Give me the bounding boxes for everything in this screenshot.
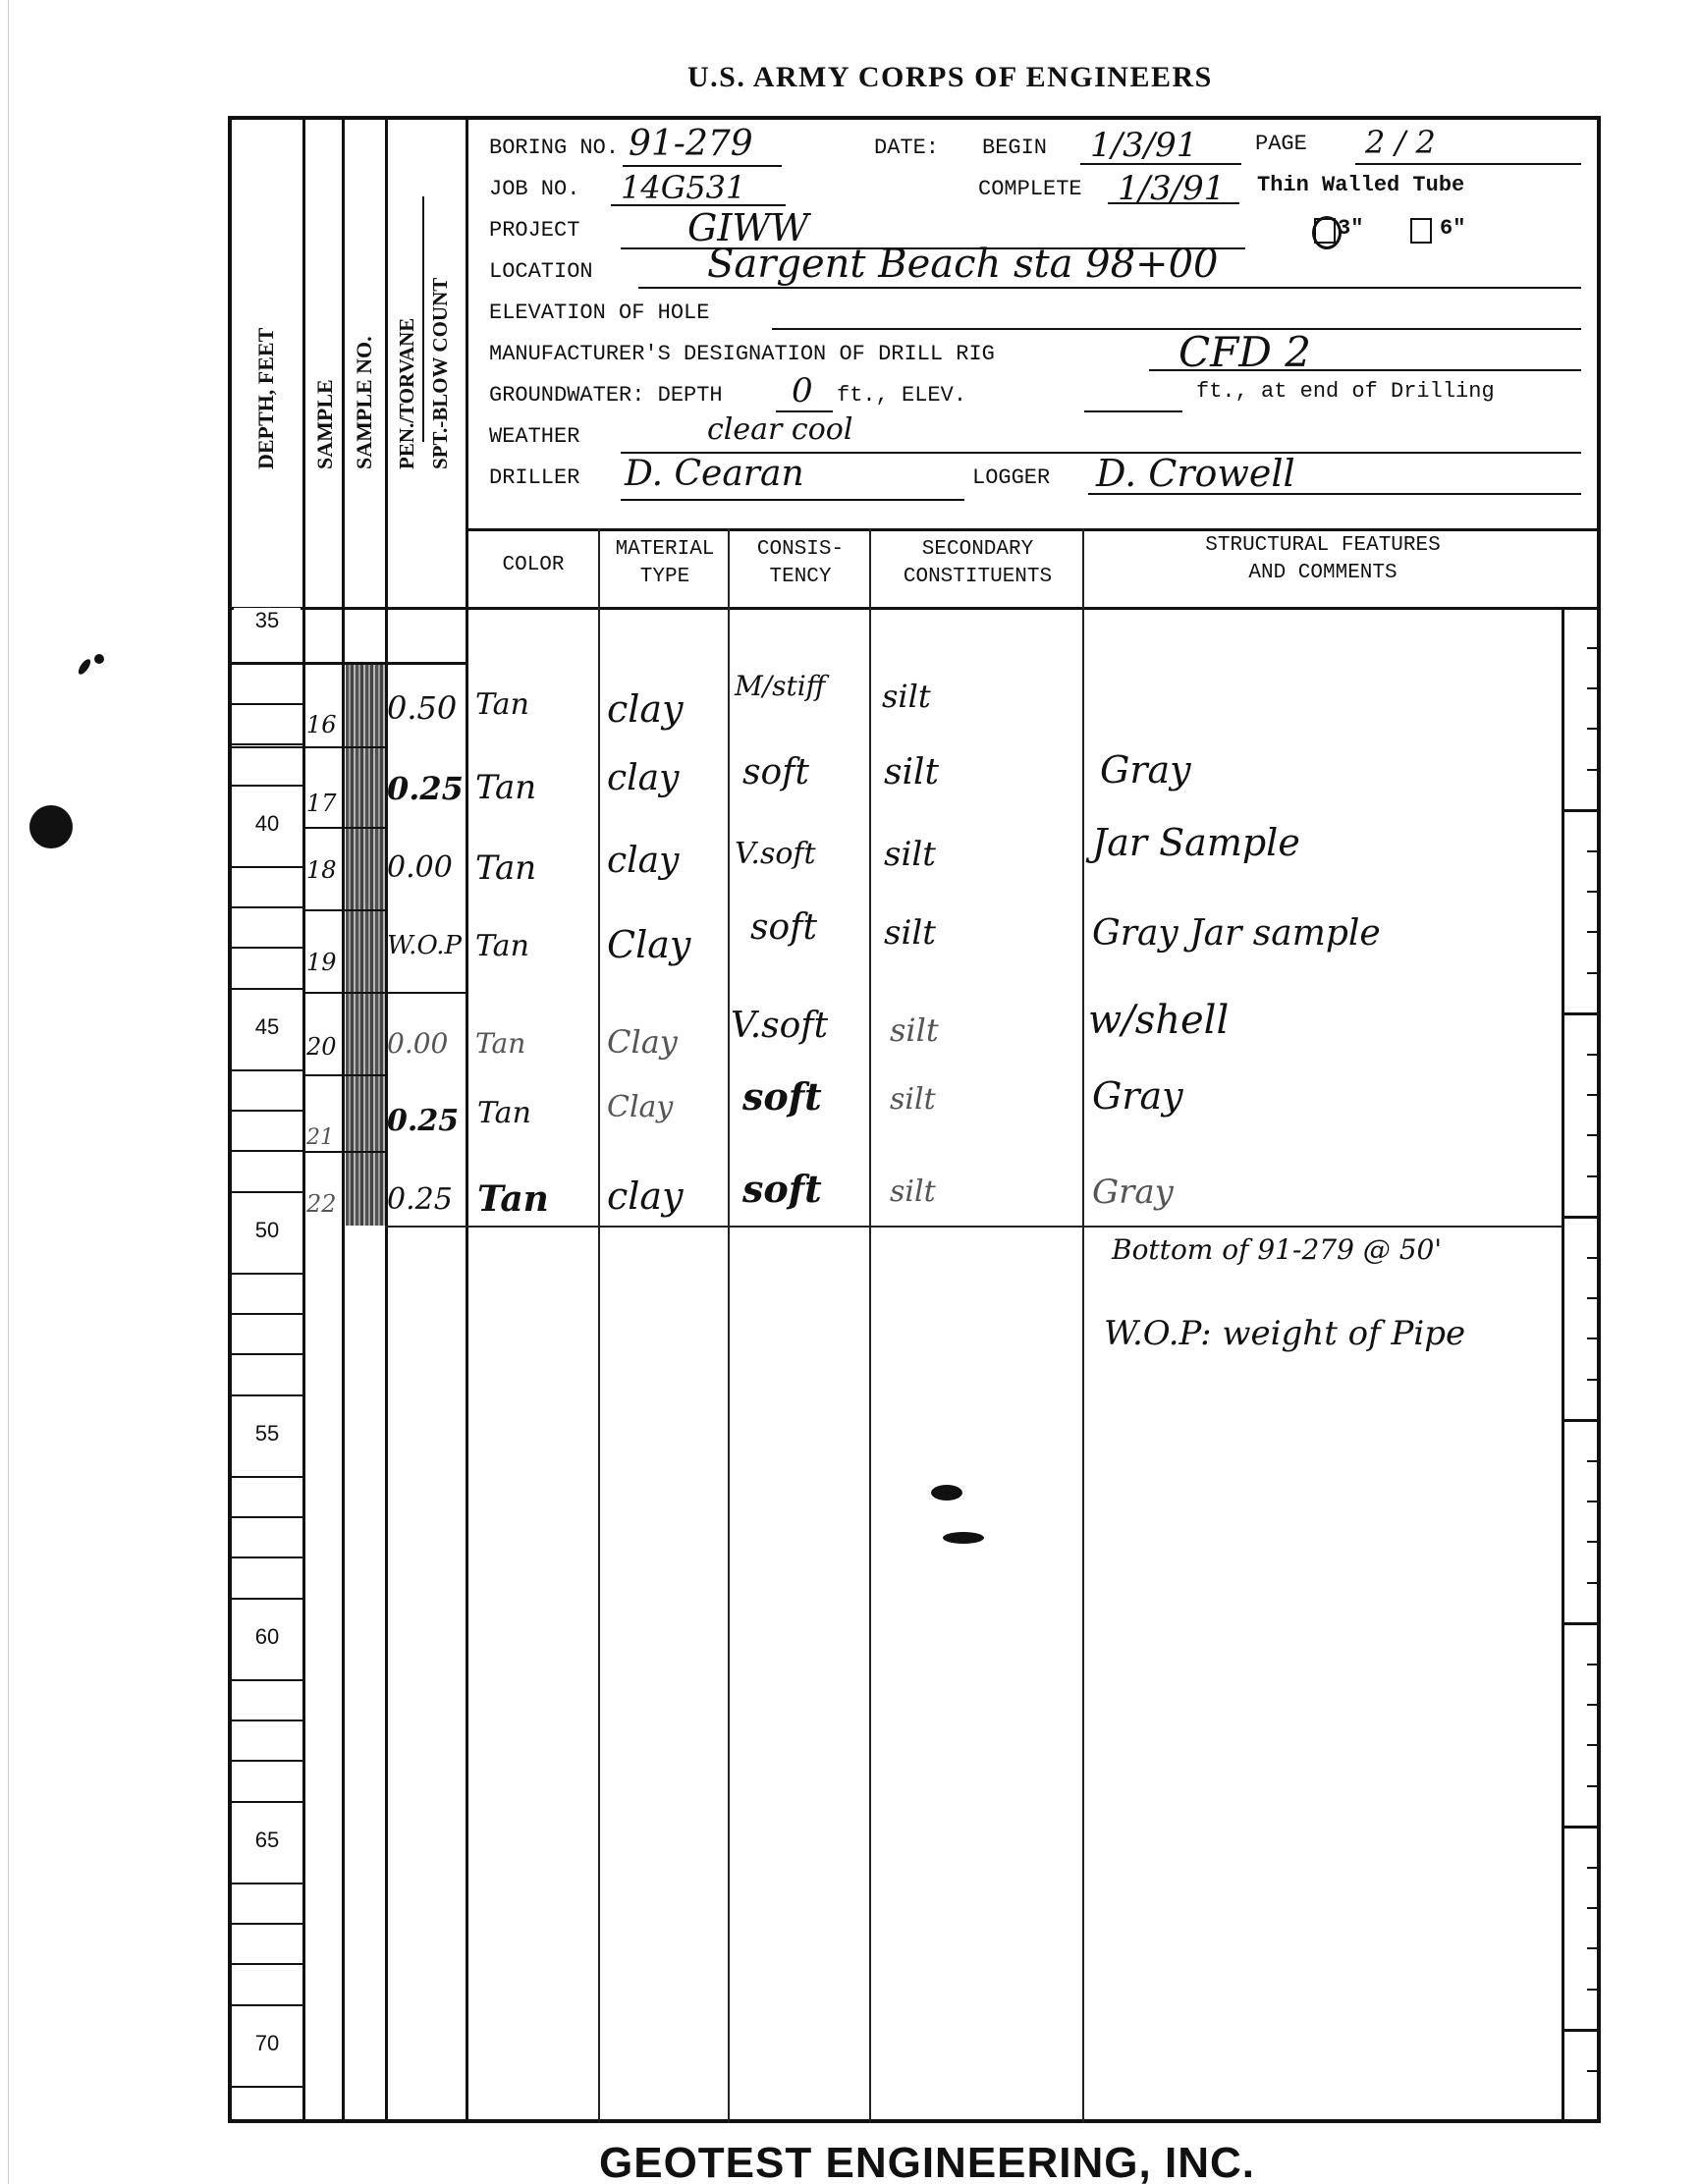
elevation-underline: [772, 328, 1581, 330]
comments-cell: Gray Jar sample: [1092, 913, 1381, 954]
boring-no-value: 91-279: [629, 124, 753, 164]
tube-3in-label: 3": [1338, 216, 1363, 241]
scan-artifact: [29, 805, 73, 848]
bottom-of-boring-line: [385, 1226, 1562, 1228]
job-no-label: JOB NO.: [489, 177, 579, 201]
column-header-comments-line2: AND COMMENTS: [1084, 560, 1562, 587]
comments-cell: w/shell: [1088, 998, 1229, 1043]
begin-label: BEGIN: [982, 136, 1047, 160]
column-header-consistency: CONSIS- TENCY: [730, 536, 871, 591]
color-cell: Tan: [475, 768, 536, 807]
consistency-cell: soft: [742, 1167, 822, 1211]
column-header-structural-features: STRUCTURAL FEATURES AND COMMENTS: [1084, 532, 1562, 587]
tube-6in-checkbox[interactable]: [1410, 218, 1432, 244]
divider-material-consistency: [728, 528, 730, 2123]
scan-artifact: [931, 1485, 962, 1501]
page-value: 2 / 2: [1365, 124, 1436, 161]
drill-rig-underline: [1149, 369, 1581, 371]
tick-major: [1562, 1826, 1599, 1829]
column-header-material-type: MATERIAL TYPE: [600, 536, 730, 591]
tick-minor: [1587, 1582, 1599, 1584]
foot-line: [228, 866, 302, 868]
color-cell: Tan: [477, 1096, 531, 1130]
groundwater-depth-label: GROUNDWATER: DEPTH: [489, 383, 723, 408]
tick-minor: [1587, 931, 1599, 933]
sample-boundary: [304, 1151, 385, 1153]
tick-minor: [1587, 647, 1599, 649]
color-cell: Tan: [475, 1027, 525, 1060]
foot-line: [228, 988, 302, 990]
tick-minor: [1587, 1501, 1599, 1502]
depth-label-50: 50: [234, 1218, 301, 1243]
driller-underline: [621, 499, 964, 501]
table-left-border: [228, 116, 232, 2123]
sample-boundary: [228, 746, 385, 748]
table-top-border: [228, 116, 1601, 120]
tick-minor: [1587, 1867, 1599, 1869]
foot-line: [228, 1556, 302, 1558]
column-header-bottom: [228, 607, 1601, 610]
divider-comments-ticks: [1562, 607, 1564, 2123]
footer-company-name: GEOTEST ENGINEERING, INC.: [599, 2139, 1255, 2184]
foot-line: [228, 703, 302, 705]
column-header-sample-no: SAMPLE NO.: [352, 336, 377, 469]
pen-cell: 0.25: [387, 770, 464, 807]
column-header-secondary-line1: SECONDARY: [871, 536, 1084, 564]
scan-artifact: [94, 654, 104, 664]
tick-major: [1562, 2029, 1599, 2032]
column-header-sample: SAMPLE: [312, 379, 338, 469]
location-label: LOCATION: [489, 259, 593, 284]
divider-color-material: [598, 528, 600, 2123]
logger-underline: [1088, 493, 1581, 495]
begin-date-value: 1/3/91: [1090, 126, 1197, 165]
tick-minor: [1587, 1094, 1599, 1096]
material-cell: clay: [607, 687, 684, 731]
complete-date-underline: [1108, 202, 1239, 204]
wop-definition-note: W.O.P: weight of Pipe: [1104, 1314, 1465, 1353]
sample-boundary: [228, 662, 467, 665]
logger-label: LOGGER: [972, 465, 1050, 490]
divider-consistency-secondary: [869, 528, 871, 2123]
tick-major: [1562, 1622, 1599, 1625]
tick-minor: [1587, 972, 1599, 974]
sample-no-cell: 16: [306, 711, 337, 738]
sample-boundary: [304, 827, 385, 829]
divider-depth-sample: [302, 116, 305, 2123]
driller-value: D. Cearan: [625, 454, 804, 494]
sample-no-cell: 19: [306, 949, 337, 976]
page-underline: [1355, 163, 1581, 165]
foot-line: [228, 1313, 302, 1315]
column-header-material-line1: MATERIAL: [600, 536, 730, 564]
tick-minor: [1587, 1541, 1599, 1543]
color-cell: Tan: [475, 848, 536, 888]
depth-label-65: 65: [234, 1828, 301, 1853]
secondary-cell: silt: [884, 913, 936, 953]
tick-minor: [1587, 1744, 1599, 1746]
ft-elev-label: ft., ELEV.: [837, 383, 966, 408]
secondary-cell: silt: [884, 835, 936, 874]
foot-line: [228, 906, 302, 908]
tick-minor: [1587, 1054, 1599, 1056]
tick-minor: [1587, 687, 1599, 689]
tick-minor: [1587, 1664, 1599, 1665]
foot-line: [228, 1476, 302, 1478]
foot-line: [228, 1598, 302, 1600]
consistency-cell: M/stiff: [735, 670, 826, 702]
foot-line: [228, 2004, 302, 2006]
sample-no-cell: 22: [306, 1190, 337, 1218]
foot-line: [228, 1191, 302, 1193]
column-header-pen-torvane: PEN./TORVANE: [395, 318, 419, 469]
location-underline: [638, 287, 1581, 289]
color-cell: Tan: [475, 687, 529, 722]
boring-no-label: BORING NO.: [489, 136, 619, 160]
comments-cell: Gray: [1092, 1074, 1183, 1118]
tick-minor: [1587, 728, 1599, 730]
column-header-secondary-constituents: SECONDARY CONSTITUENTS: [871, 536, 1084, 591]
column-header-spt-blow-count: SPT.-BLOW COUNT: [428, 278, 453, 469]
secondary-cell: silt: [890, 1082, 936, 1117]
material-cell: clay: [607, 1174, 684, 1218]
tick-minor: [1587, 1379, 1599, 1381]
divider-secondary-comments: [1082, 528, 1084, 2123]
tick-minor: [1587, 2070, 1599, 2072]
column-header-secondary-line2: CONSTITUENTS: [871, 564, 1084, 591]
divider-pen-color: [466, 116, 468, 2123]
sample-boundary: [304, 909, 385, 911]
foot-line: [228, 1394, 302, 1396]
sample-boundary: [304, 992, 467, 994]
tick-major: [1562, 809, 1599, 812]
consistency-cell: V.soft: [731, 1006, 828, 1046]
foot-line: [228, 1760, 302, 1762]
tick-major: [1562, 1012, 1599, 1015]
column-header-comments-line1: STRUCTURAL FEATURES: [1084, 532, 1562, 560]
consistency-cell: soft: [750, 907, 817, 948]
tick-major: [1562, 1216, 1599, 1219]
tick-minor: [1587, 891, 1599, 893]
foot-line: [228, 1069, 302, 1071]
job-no-value: 14G531: [621, 169, 745, 206]
foot-line: [228, 1720, 302, 1721]
tick-minor: [1587, 1460, 1599, 1462]
foot-line: [228, 947, 302, 949]
depth-label-60: 60: [234, 1624, 301, 1650]
document-title: U.S. ARMY CORPS OF ENGINEERS: [687, 61, 1213, 94]
depth-label-70: 70: [234, 2031, 301, 2056]
foot-line: [228, 1273, 302, 1275]
tick-minor: [1587, 850, 1599, 852]
depth-label-45: 45: [234, 1014, 301, 1040]
pen-cell: 0.00: [387, 850, 453, 885]
groundwater-elev-underline: [1084, 410, 1182, 412]
depth-label-35: 35: [234, 608, 301, 633]
column-header-color-text: COLOR: [502, 554, 564, 576]
depth-label-55: 55: [234, 1421, 301, 1447]
foot-line: [228, 1883, 302, 1884]
tick-minor: [1587, 1257, 1599, 1259]
consistency-cell: soft: [742, 1074, 822, 1119]
tube-6in-label: 6": [1440, 216, 1465, 241]
boring-no-underline: [623, 165, 782, 167]
sample-no-cell: 20: [306, 1033, 337, 1061]
secondary-cell: silt: [890, 1011, 939, 1049]
table-right-border: [1597, 116, 1601, 2123]
scan-artifact: [77, 657, 93, 676]
tick-minor: [1587, 1297, 1599, 1299]
weather-label: WEATHER: [489, 424, 579, 449]
divider-sample-sampleno: [342, 116, 345, 2123]
header-block-bottom: [466, 528, 1601, 531]
foot-line: [228, 2086, 302, 2088]
tick-minor: [1587, 1989, 1599, 1991]
logger-value: D. Crowell: [1096, 452, 1295, 495]
sample-no-cell: 17: [306, 790, 337, 817]
comments-cell: Gray: [1092, 1173, 1174, 1212]
begin-date-underline: [1080, 163, 1241, 165]
date-label: DATE:: [874, 136, 939, 160]
groundwater-depth-value: 0: [792, 371, 813, 410]
foot-line: [228, 785, 302, 787]
consistency-cell: V.soft: [735, 837, 816, 871]
comments-cell: Gray: [1100, 748, 1191, 792]
foot-line: [228, 1516, 302, 1518]
elevation-label: ELEVATION OF HOLE: [489, 300, 709, 325]
bottom-of-boring-note: Bottom of 91-279 @ 50': [1112, 1233, 1442, 1266]
pen-cell: 0.25: [387, 1182, 453, 1217]
material-cell: Clay: [607, 923, 690, 966]
column-header-material-line2: TYPE: [600, 564, 730, 591]
sample-no-cell: 18: [306, 856, 337, 884]
foot-line: [228, 1353, 302, 1355]
comments-cell: Jar Sample: [1092, 821, 1300, 864]
tick-minor: [1587, 1704, 1599, 1706]
table-bottom-border: [228, 2119, 1601, 2123]
pen-spt-fraction-bar: [422, 196, 424, 442]
tick-minor: [1587, 1134, 1599, 1136]
tick-minor: [1587, 1947, 1599, 1949]
tick-minor: [1587, 769, 1599, 771]
secondary-cell: silt: [884, 752, 939, 792]
scan-edge-line: [8, 0, 9, 2184]
tick-major: [1562, 1419, 1599, 1422]
pen-cell: 0.25: [387, 1104, 459, 1138]
column-header-consistency-line2: TENCY: [730, 564, 871, 591]
material-cell: Clay: [607, 1023, 678, 1061]
tick-minor: [1587, 1785, 1599, 1787]
secondary-cell: silt: [890, 1174, 936, 1209]
secondary-cell: silt: [882, 678, 931, 715]
driller-label: DRILLER: [489, 465, 579, 490]
weather-value: clear cool: [707, 412, 852, 447]
location-value: Sargent Beach sta 98+00: [707, 242, 1218, 287]
complete-label: COMPLETE: [978, 177, 1082, 201]
end-of-drilling-label: ft., at end of Drilling: [1196, 379, 1495, 404]
tube-3in-checkbox[interactable]: [1314, 218, 1336, 244]
foot-line: [228, 1923, 302, 1925]
column-header-color: COLOR: [467, 552, 599, 579]
material-cell: clay: [607, 841, 679, 881]
consistency-cell: soft: [742, 752, 809, 792]
color-cell: Tan: [475, 929, 529, 963]
scan-artifact: [943, 1532, 984, 1544]
material-cell: Clay: [607, 1090, 673, 1124]
drill-rig-label: MANUFACTURER'S DESIGNATION OF DRILL RIG: [489, 342, 995, 366]
foot-line: [228, 1110, 302, 1112]
material-cell: clay: [607, 758, 679, 798]
foot-line: [228, 743, 302, 745]
thin-walled-tube-label: Thin Walled Tube: [1257, 173, 1464, 197]
color-cell: Tan: [477, 1178, 549, 1220]
depth-label-40: 40: [234, 811, 301, 837]
pen-cell: 0.50: [387, 689, 457, 727]
pen-cell: 0.00: [387, 1027, 448, 1060]
foot-line: [228, 1679, 302, 1681]
column-header-depth: DEPTH, FEET: [253, 328, 279, 469]
project-label: PROJECT: [489, 218, 579, 243]
column-header-consistency-line1: CONSIS-: [730, 536, 871, 564]
foot-line: [228, 1150, 302, 1152]
tick-minor: [1587, 1338, 1599, 1339]
page-label: PAGE: [1255, 132, 1307, 156]
foot-line: [228, 1801, 302, 1803]
tick-minor: [1587, 1907, 1599, 1909]
foot-line: [228, 1963, 302, 1965]
tick-minor: [1587, 1175, 1599, 1177]
sample-no-cell: 21: [306, 1125, 334, 1150]
sample-boundary: [304, 1074, 385, 1076]
pen-cell: W.O.P: [387, 931, 462, 960]
